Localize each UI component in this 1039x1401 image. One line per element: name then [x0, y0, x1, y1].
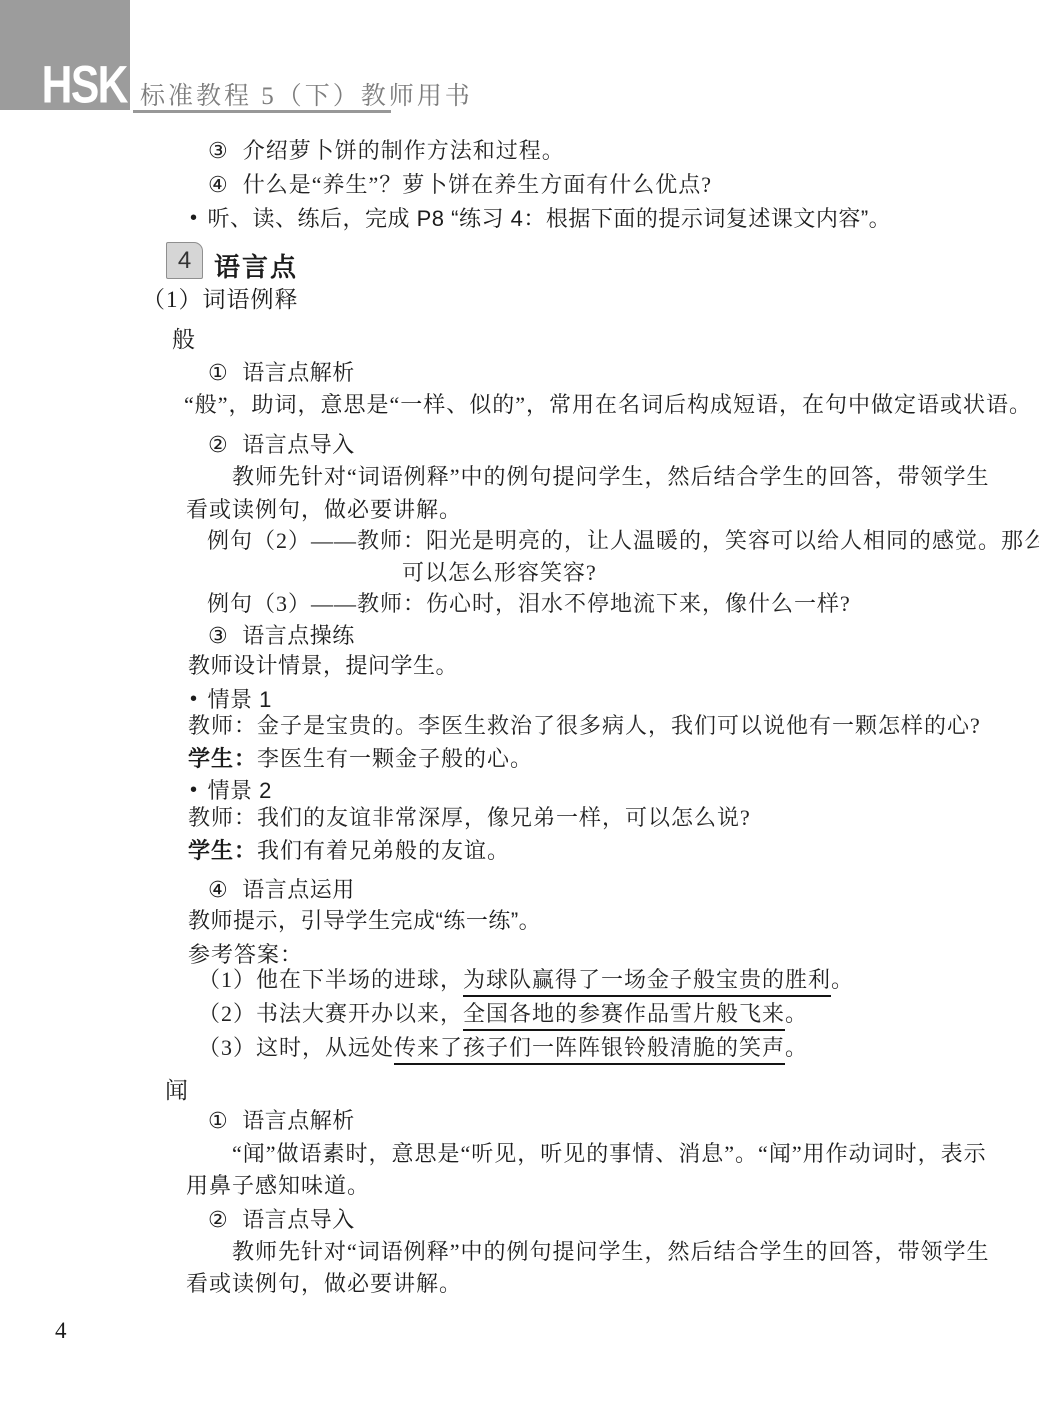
heading-text: 语言点运用 [242, 877, 355, 902]
scene1-label-line: •情景 1 [190, 686, 272, 714]
answer-number: （2） [198, 1001, 256, 1026]
teacher-text: 金子是宝贵的。李医生救治了很多病人，我们可以说他有一颗怎样的心? [257, 713, 981, 738]
answer-post: 。 [785, 1035, 808, 1060]
lead-paragraph-line1: 教师先针对“词语例释”中的例句提问学生，然后结合学生的回答，带领学生 [232, 463, 990, 491]
example3-line: 例句（3）——教师：伤心时，泪水不停地流下来，像什么一样? [207, 590, 851, 618]
lead2-paragraph-line2: 看或读例句，做必要讲解。 [186, 1270, 462, 1298]
book-page: HSK 标准教程 5（下）教师用书 ③介绍萝卜饼的制作方法和过程。 ④什么是“养… [0, 0, 1039, 1401]
scene2-student-line: 学生：我们有着兄弟般的友谊。 [188, 837, 510, 865]
scene2-label-line: •情景 2 [190, 777, 272, 805]
apply-lead: 教师提示，引导学生完成“练一练”。 [188, 907, 541, 935]
answer-post: 。 [785, 1001, 808, 1026]
circled-number: ③ [208, 137, 229, 165]
task-bullet-line: •听、读、练后，完成 P8 “练习 4：根据下面的提示词复述课文内容”。 [190, 205, 891, 233]
hsk-logo: HSK [42, 55, 127, 116]
scene1-student-line: 学生：李医生有一颗金子般的心。 [188, 745, 533, 773]
item-text: 介绍萝卜饼的制作方法和过程。 [243, 138, 565, 163]
item-text: 什么是“养生”？萝卜饼在养生方面有什么优点? [243, 172, 712, 197]
answer-pre: 这时，从远处 [256, 1035, 394, 1060]
section-number-box: 4 [166, 242, 203, 279]
intro-item-3: ③介绍萝卜饼的制作方法和过程。 [208, 137, 565, 165]
lead2-paragraph-line1: 教师先针对“词语例释”中的例句提问学生，然后结合学生的回答，带领学生 [232, 1238, 990, 1266]
bullet-icon: • [190, 687, 198, 712]
circled-number: ④ [208, 876, 228, 904]
teacher-prefix: 教师： [188, 713, 257, 738]
headword-ban: 般 [172, 326, 196, 355]
scene1-teacher-line: 教师：金子是宝贵的。李医生救治了很多病人，我们可以说他有一颗怎样的心? [188, 712, 981, 740]
answer-underlined: 为球队赢得了一场金子般宝贵的胜利 [463, 967, 831, 997]
heading-text: 语言点操练 [242, 623, 355, 648]
explain2-line1: “闻”做语素时，意思是“听见，听见的事情、消息”。“闻”用作动词时，表示 [232, 1140, 987, 1168]
scene-label: 情景 2 [208, 778, 272, 803]
heading-text: 语言点解析 [242, 360, 355, 385]
header-rule [133, 110, 391, 113]
page-number: 4 [55, 1318, 67, 1344]
answer-pre: 书法大赛开办以来， [256, 1001, 463, 1026]
answer-2: （2）书法大赛开办以来，全国各地的参赛作品雪片般飞来。 [198, 1000, 808, 1028]
example2-line2: 可以怎么形容笑容? [402, 559, 597, 587]
answer-3: （3）这时，从远处传来了孩子们一阵阵银铃般清脆的笑声。 [198, 1034, 808, 1062]
explain2-line2: 用鼻子感知味道。 [186, 1172, 370, 1200]
section-title: 语言点 [214, 247, 298, 284]
section-number: 4 [178, 247, 191, 275]
heading-text: 语言点导入 [242, 1207, 355, 1232]
teacher-text: 我们的友谊非常深厚，像兄弟一样，可以怎么说? [257, 805, 751, 830]
point-heading-intro-1: ②语言点导入 [208, 431, 355, 459]
student-text: 我们有着兄弟般的友谊。 [257, 838, 510, 863]
answer-pre: 他在下半场的进球， [256, 967, 463, 992]
circled-number: ④ [208, 171, 229, 199]
bullet-icon: • [190, 778, 198, 803]
circled-number: ① [208, 359, 228, 387]
explain-paragraph: “般”，助词，意思是“一样、似的”，常用在名词后构成短语，在句中做定语或状语。 [184, 391, 1032, 419]
header-title: 标准教程 5（下）教师用书 [140, 76, 473, 112]
student-prefix: 学生： [188, 746, 257, 771]
point-heading-practice: ③语言点操练 [208, 622, 355, 650]
scene2-teacher-line: 教师：我们的友谊非常深厚，像兄弟一样，可以怎么说? [188, 804, 751, 832]
circled-number: ② [208, 1206, 228, 1234]
answer-underlined: 传来了孩子们一阵阵银铃般清脆的笑声 [394, 1035, 785, 1065]
teacher-prefix: 教师： [188, 805, 257, 830]
answer-1: （1）他在下半场的进球，为球队赢得了一场金子般宝贵的胜利。 [198, 966, 854, 994]
intro-item-4: ④什么是“养生”？萝卜饼在养生方面有什么优点? [208, 171, 712, 199]
circled-number: ② [208, 431, 228, 459]
heading-text: 语言点导入 [242, 432, 355, 457]
headword-wen: 闻 [165, 1077, 189, 1106]
answer-number: （1） [198, 967, 256, 992]
bullet-icon: • [190, 206, 198, 231]
answer-post: 。 [831, 967, 854, 992]
hsk-logo-block: HSK [0, 0, 130, 110]
scene-label: 情景 1 [208, 687, 272, 712]
point-heading-analysis-2: ①语言点解析 [208, 1107, 355, 1135]
point-heading-application: ④语言点运用 [208, 876, 355, 904]
drill-lead: 教师设计情景，提问学生。 [188, 652, 458, 680]
task-text: 听、读、练后，完成 P8 “练习 4：根据下面的提示词复述课文内容”。 [208, 206, 892, 231]
answer-underlined: 全国各地的参赛作品雪片般飞来 [463, 1001, 785, 1031]
student-text: 李医生有一颗金子般的心。 [257, 746, 533, 771]
circled-number: ③ [208, 622, 228, 650]
example2-line1: 例句（2）——教师：阳光是明亮的，让人温暖的，笑容可以给人相同的感觉。那么， [207, 527, 1039, 555]
student-prefix: 学生： [188, 838, 257, 863]
subsection-title: （1）词语例释 [142, 286, 299, 315]
answer-number: （3） [198, 1035, 256, 1060]
lead-paragraph-line2: 看或读例句，做必要讲解。 [186, 496, 462, 524]
circled-number: ① [208, 1107, 228, 1135]
point-heading-analysis-1: ①语言点解析 [208, 359, 355, 387]
point-heading-intro-2: ②语言点导入 [208, 1206, 355, 1234]
heading-text: 语言点解析 [242, 1108, 355, 1133]
answers-label: 参考答案： [188, 941, 303, 969]
